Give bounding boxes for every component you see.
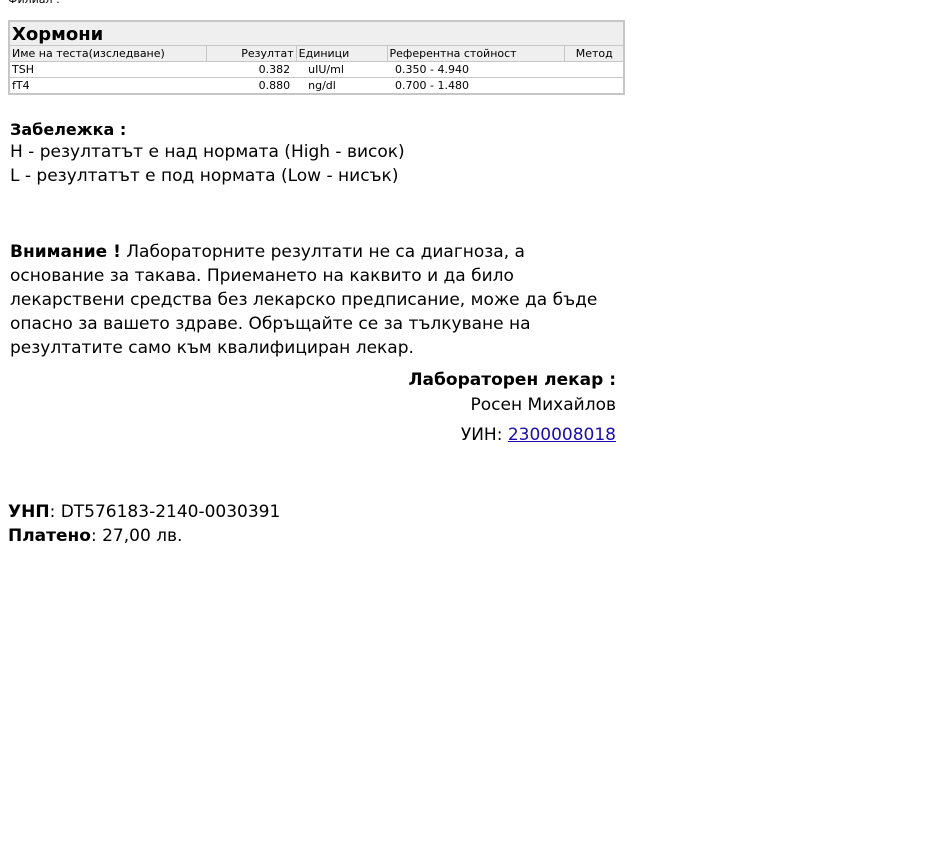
unp-value: : DT576183-2140-0030391: [50, 502, 281, 522]
test-result: 0.880: [207, 78, 296, 95]
branch-label: Филиал :: [8, 0, 60, 6]
test-result: 0.382: [207, 62, 296, 78]
warning-label: Внимание !: [10, 242, 121, 262]
test-method: [565, 62, 624, 78]
warning-section: Внимание ! Лабораторните резултати не са…: [10, 240, 622, 360]
lab-doctor-title: Лабораторен лекар :: [408, 368, 616, 392]
note-line-high: H - резултатът е над нормата (High - вис…: [10, 140, 405, 164]
column-header-units: Единици: [296, 46, 387, 62]
note-title: Забележка :: [10, 120, 405, 140]
test-reference: 0.350 - 4.940: [387, 62, 565, 78]
note-line-low: L - резултатът е под нормата (Low - нисъ…: [10, 164, 405, 188]
footer-section: УНП: DT576183-2140-0030391 Платено: 27,0…: [8, 500, 280, 548]
lab-doctor-name: Росен Михайлов: [408, 392, 616, 418]
column-header-method: Метод: [565, 46, 624, 62]
paid-label: Платено: [8, 526, 91, 546]
column-header-result: Резултат: [207, 46, 296, 62]
table-row: TSH 0.382 uIU/ml 0.350 - 4.940: [9, 62, 624, 78]
test-reference: 0.700 - 1.480: [387, 78, 565, 95]
lab-doctor-section: Лабораторен лекар : Росен Михайлов УИН: …: [408, 368, 616, 452]
table-row: fT4 0.880 ng/dl 0.700 - 1.480: [9, 78, 624, 95]
test-name: fT4: [9, 78, 207, 95]
column-header-row: Име на теста(изследване) Резултат Единиц…: [9, 46, 624, 62]
paid-line: Платено: 27,00 лв.: [8, 524, 280, 548]
uin-link[interactable]: 2300008018: [508, 425, 616, 445]
lab-doctor-uin: УИН: 2300008018: [408, 418, 616, 452]
test-units: uIU/ml: [296, 62, 387, 78]
section-header-row: Хормони: [9, 21, 624, 46]
uin-label: УИН:: [461, 425, 508, 445]
test-units: ng/dl: [296, 78, 387, 95]
test-method: [565, 78, 624, 95]
section-title: Хормони: [9, 21, 624, 46]
unp-line: УНП: DT576183-2140-0030391: [8, 500, 280, 524]
hormones-results-table: Хормони Име на теста(изследване) Резулта…: [8, 20, 625, 95]
test-name: TSH: [9, 62, 207, 78]
column-header-reference: Референтна стойност: [387, 46, 565, 62]
note-section: Забележка : H - резултатът е над нормата…: [10, 120, 405, 188]
column-header-test-name: Име на теста(изследване): [9, 46, 207, 62]
unp-label: УНП: [8, 502, 50, 522]
paid-value: : 27,00 лв.: [91, 526, 183, 546]
